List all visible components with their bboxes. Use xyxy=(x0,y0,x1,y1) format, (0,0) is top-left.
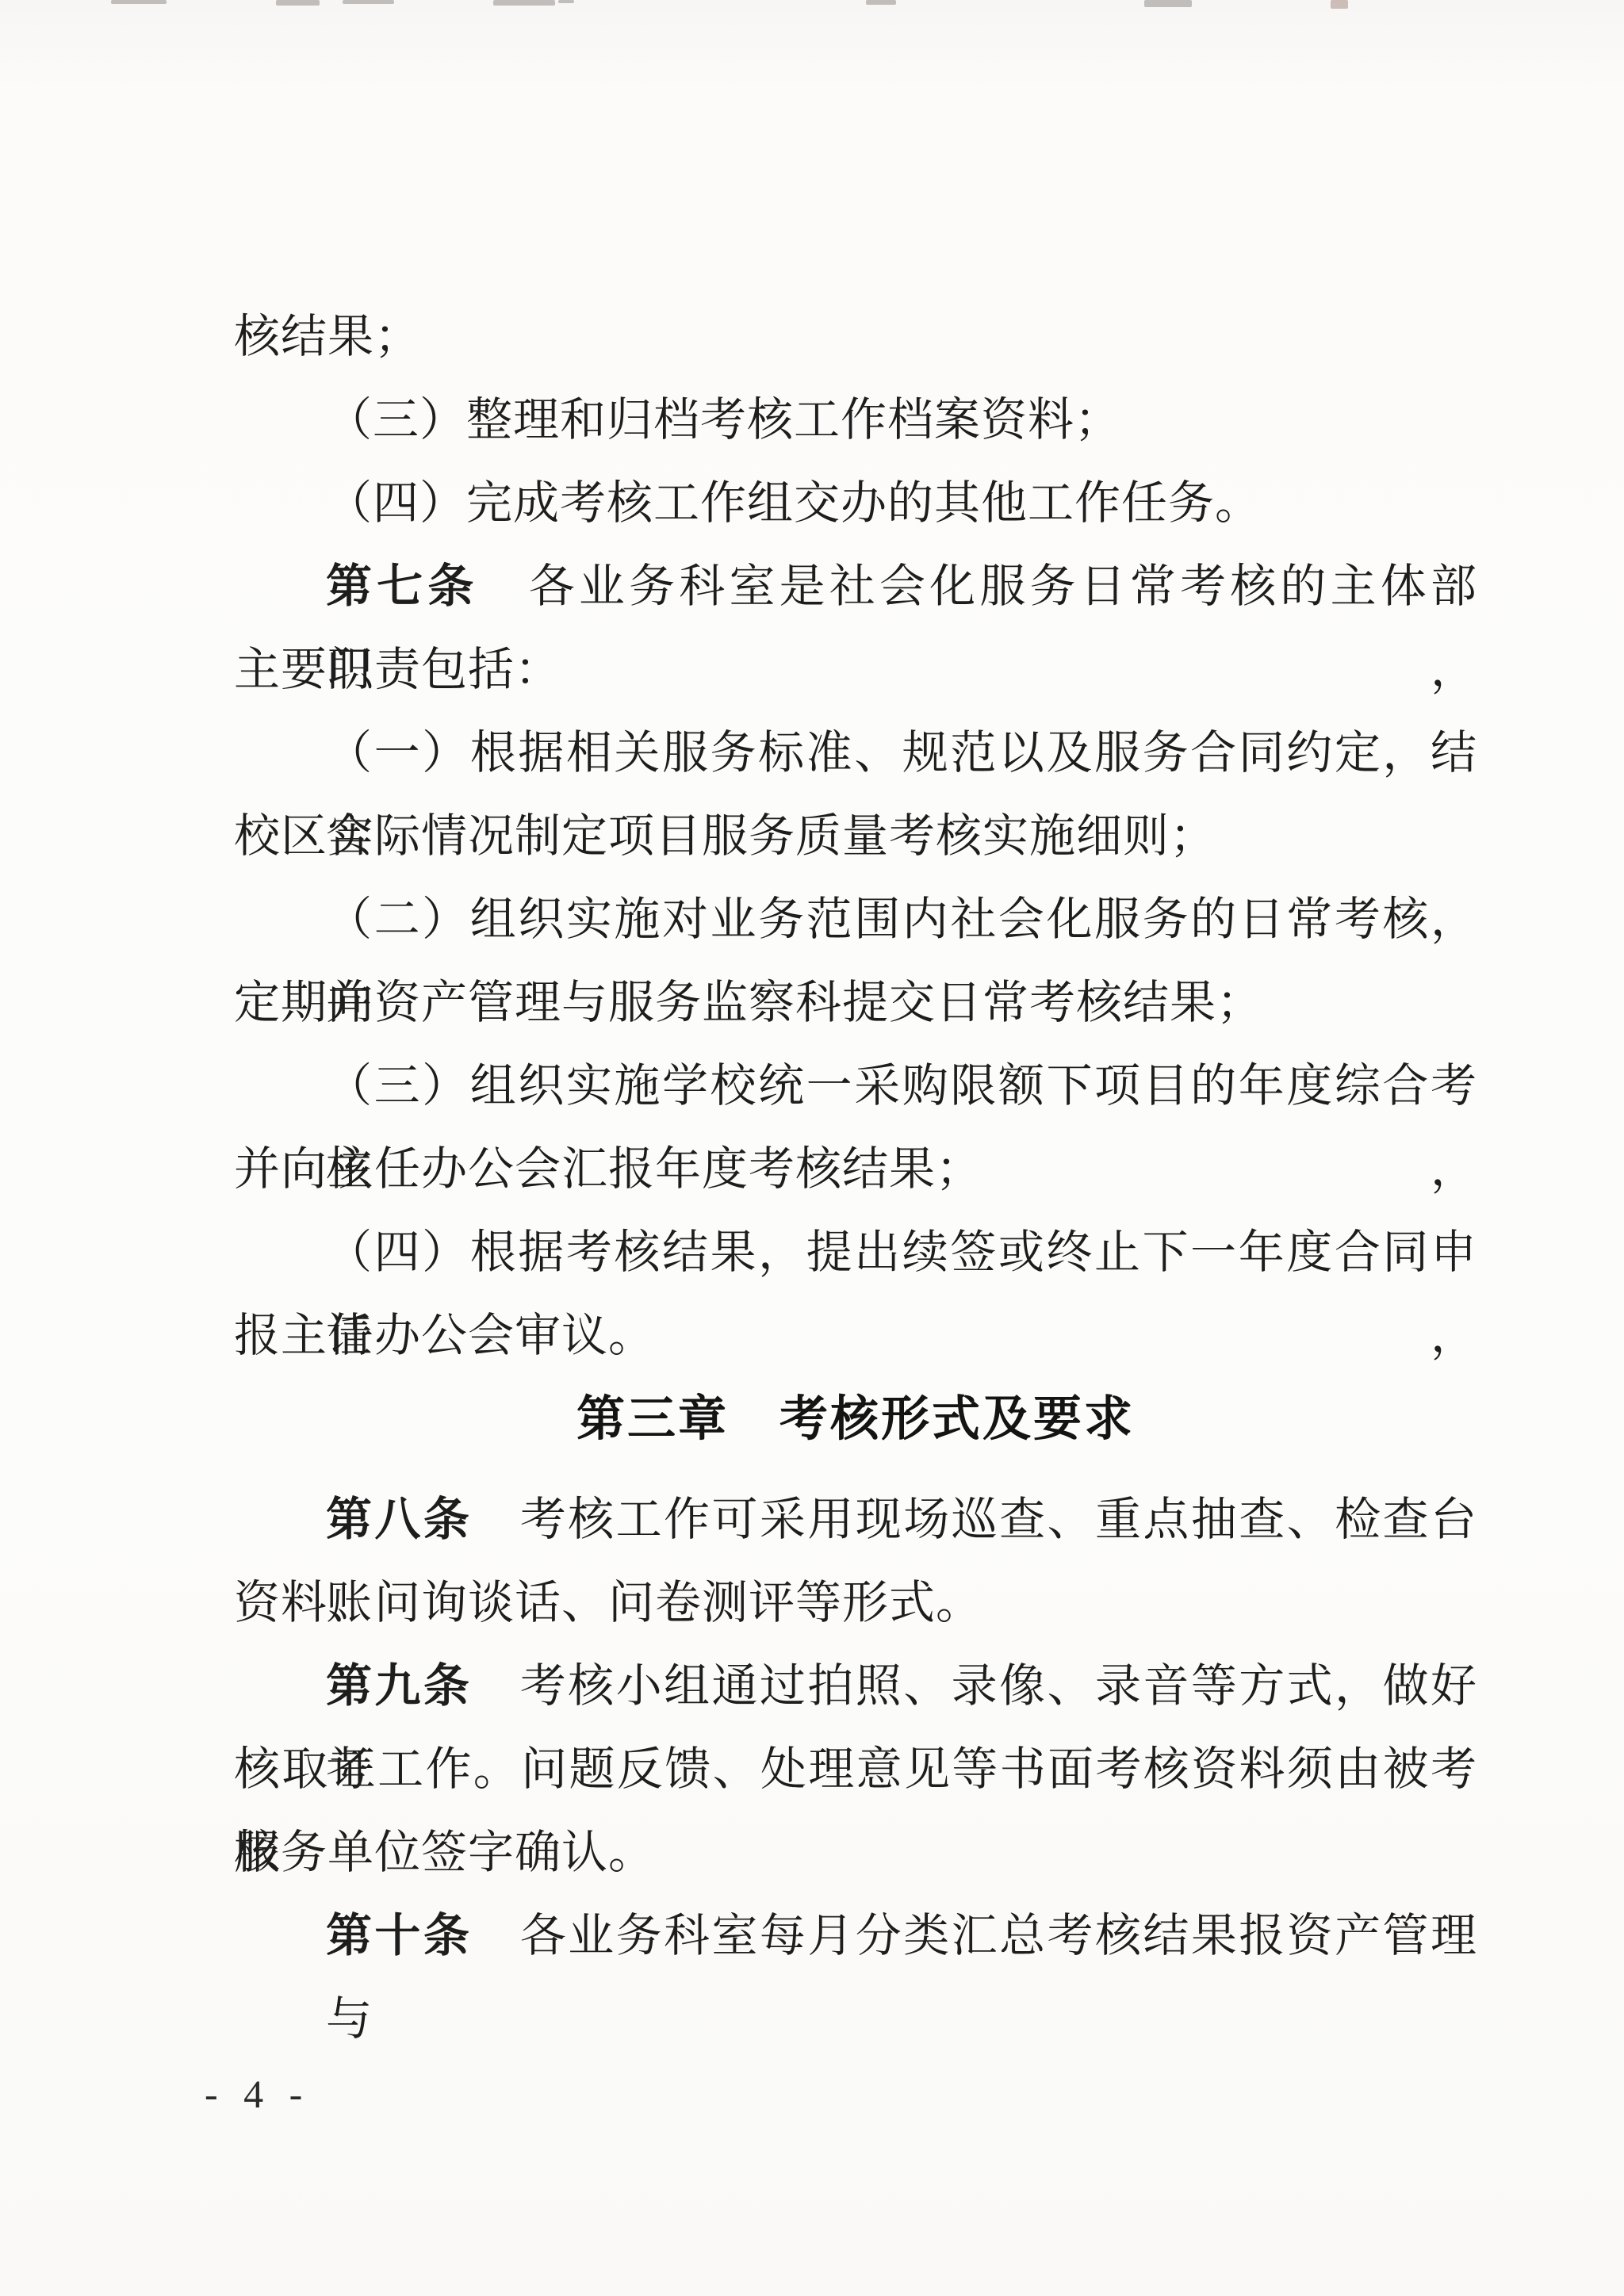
scan-artifact xyxy=(493,0,555,6)
scan-artifact xyxy=(866,0,896,5)
text-line: （一）根据相关服务标准、规范以及服务合同约定，结合 xyxy=(234,711,1477,794)
page-number: - 4 - xyxy=(205,2071,310,2117)
line-text: 服务单位签字确认。 xyxy=(234,1827,655,1878)
line-text: （四）完成考核工作组交办的其他工作任务。 xyxy=(326,477,1262,529)
scan-artifact xyxy=(276,0,320,6)
text-line: 核取证工作。问题反馈、处理意见等书面考核资料须由被考核 xyxy=(234,1728,1477,1811)
text-line: 第九条 考核小组通过拍照、录像、录音等方式，做好考 xyxy=(234,1644,1477,1728)
article-number: 第十条 xyxy=(326,1910,472,1961)
text-line: 第八条 考核工作可采用现场巡查、重点抽查、检查台账 xyxy=(234,1478,1477,1561)
line-text: 并向主任办公会汇报年度考核结果； xyxy=(234,1143,982,1195)
text-line: 校区实际情况制定项目服务质量考核实施细则； xyxy=(234,794,1477,878)
line-text: 校区实际情况制定项目服务质量考核实施细则； xyxy=(234,810,1216,862)
scan-artifact xyxy=(343,0,394,4)
text-line: 服务单位签字确认。 xyxy=(234,1811,1477,1894)
article-number: 第七条 xyxy=(326,561,479,612)
text-line: （三）整理和归档考核工作档案资料； xyxy=(234,378,1477,461)
text-line: （二）组织实施对业务范围内社会化服务的日常考核，并 xyxy=(234,878,1477,961)
document-lines: 核结果；（三）整理和归档考核工作档案资料；（四）完成考核工作组交办的其他工作任务… xyxy=(234,295,1477,1977)
line-text: 主要职责包括： xyxy=(234,644,561,695)
line-text: 资料、问询谈话、问卷测评等形式。 xyxy=(234,1577,982,1628)
text-line: （四）完成考核工作组交办的其他工作任务。 xyxy=(234,461,1477,545)
article-number: 第八条 xyxy=(326,1494,472,1545)
scanned-document-page: 核结果；（三）整理和归档考核工作档案资料；（四）完成考核工作组交办的其他工作任务… xyxy=(0,0,1624,2296)
text-line: 资料、问询谈话、问卷测评等形式。 xyxy=(234,1561,1477,1644)
text-line: 第七条 各业务科室是社会化服务日常考核的主体部门， xyxy=(234,545,1477,628)
line-text: （三）整理和归档考核工作档案资料； xyxy=(326,394,1121,446)
text-line: （四）根据考核结果，提出续签或终止下一年度合同申请， xyxy=(234,1211,1477,1294)
scan-artifact xyxy=(1331,0,1348,9)
text-line: 核结果； xyxy=(234,295,1477,378)
text-line: （三）组织实施学校统一采购限额下项目的年度综合考核， xyxy=(234,1044,1477,1127)
line-text: 各业务科室每月分类汇总考核结果报资产管理与 xyxy=(326,1910,1477,2045)
text-line: 第十条 各业务科室每月分类汇总考核结果报资产管理与 xyxy=(234,1894,1477,1977)
line-text: 定期向资产管理与服务监察科提交日常考核结果； xyxy=(234,977,1263,1028)
line-text: 报主任办公会审议。 xyxy=(234,1310,655,1361)
scan-artifact xyxy=(558,0,574,3)
article-number: 第九条 xyxy=(326,1660,472,1712)
text-line: 定期向资产管理与服务监察科提交日常考核结果； xyxy=(234,961,1477,1044)
scan-artifact xyxy=(1144,0,1192,7)
chapter-heading: 第三章 考核形式及要求 xyxy=(234,1377,1477,1460)
scan-artifact xyxy=(111,0,167,4)
line-text: 核结果； xyxy=(234,311,421,362)
